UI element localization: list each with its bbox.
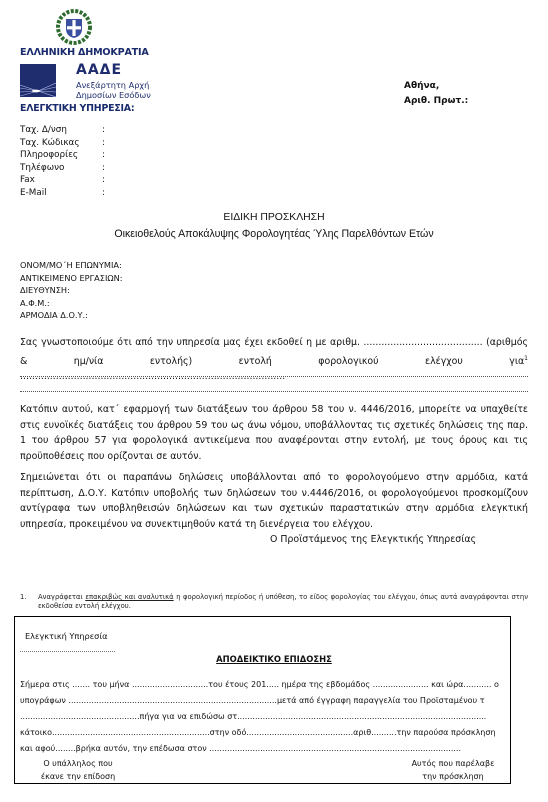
footnote-before: Αναγράφεται — [38, 593, 85, 601]
audit-service-label: ΕΛΕΓΚΤΙΚΗ ΥΠΗΡΕΣΙΑ: — [20, 103, 134, 114]
receipt-service-dotted-line — [20, 651, 115, 652]
notice-text: Σας γνωστοποιούμε ότι από την υπηρεσία μ… — [20, 337, 528, 367]
taxpayer-field-label: ΑΝΤΙΚΕΙΜΕΝΟ ΕΡΓΑΣΙΩΝ: — [20, 272, 123, 285]
contact-separator: : — [102, 187, 105, 200]
taxpayer-field-label: ΟΝΟΜ/ΜΟ΄Η ΕΠΩΝΥΜΙΑ: — [20, 259, 123, 272]
government-name: ΕΛΛΗΝΙΚΗ ΔΗΜΟΚΡΑΤΙΑ — [20, 47, 149, 58]
greek-emblem-icon — [56, 9, 92, 45]
contact-separator: : — [102, 174, 105, 187]
footnote-text: Αναγράφεται επακριβώς και αναλυτικά η φο… — [38, 593, 528, 611]
contact-label: Ταχ. Δ/νση — [20, 124, 102, 137]
provisions-paragraph: Κατόπιν αυτού, κατ΄ εφαρμογή των διατάξε… — [20, 402, 528, 464]
document-title: ΕΙΔΙΚΗ ΠΡΟΣΚΛΗΣΗ — [0, 212, 548, 223]
employee-signature-line2: έκανε την επίδοση — [28, 770, 128, 783]
contact-label: Πληροφορίες — [20, 149, 102, 162]
receipt-line: και αφού........βρήκα αυτόν, την επέδωσα… — [20, 741, 506, 757]
protocol-number-label: Αριθ. Πρωτ.: — [404, 94, 468, 109]
employee-signature-line1: Ο υπάλληλος που — [28, 757, 128, 770]
place-label: Αθήνα, — [404, 79, 468, 94]
contact-separator: : — [102, 124, 105, 137]
receipt-line: υπογράφων ..............................… — [20, 693, 506, 709]
agency-full-line2: Δημοσίων Εσόδων — [76, 90, 151, 100]
notice-paragraph: Σας γνωστοποιούμε ότι από την υπηρεσία μ… — [20, 335, 528, 385]
contact-separator: : — [102, 162, 105, 175]
place-protocol-block: Αθήνα, Αριθ. Πρωτ.: — [404, 79, 468, 109]
contact-separator: : — [102, 137, 105, 150]
recipient-signature-line1: Αυτός που παρέλαβε — [398, 757, 508, 770]
contact-row: Τηλέφωνο: — [20, 162, 105, 175]
contact-row: E-Mail: — [20, 187, 105, 200]
submission-paragraph: Σημειώνεται ότι οι παραπάνω δηλώσεις υπο… — [20, 470, 528, 532]
contact-row: Ταχ. Κώδικας: — [20, 137, 105, 150]
contact-row: Ταχ. Δ/νση: — [20, 124, 105, 137]
contact-label: Τηλέφωνο — [20, 162, 102, 175]
contact-label: Ταχ. Κώδικας — [20, 137, 102, 150]
agency-short-name: ΑΑΔΕ — [76, 62, 122, 78]
agency-full-name: Ανεξάρτητη Αρχή Δημοσίων Εσόδων — [76, 80, 151, 100]
footnote: 1. Αναγράφεται επακριβώς και αναλυτικά η… — [20, 593, 528, 611]
receipt-line: κάτοικο.................................… — [20, 725, 506, 741]
footnote-emphasis: επακριβώς και αναλυτικά — [85, 593, 173, 601]
employee-signature: Ο υπάλληλος που έκανε την επίδοση — [28, 757, 128, 783]
taxpayer-field-label: Α.Φ.Μ.: — [20, 297, 123, 310]
taxpayer-field-label: ΔΙΕΥΘΥΝΣΗ: — [20, 284, 123, 297]
blank-dotted-line — [20, 391, 528, 392]
footnote-ref: 1 — [524, 355, 528, 362]
blank-dotted-line — [20, 376, 528, 377]
receipt-body: Σήμερα στις ....... του μήνα ...........… — [20, 677, 506, 757]
recipient-signature: Αυτός που παρέλαβε την πρόσκληση — [398, 757, 508, 783]
taxpayer-fields: ΟΝΟΜ/ΜΟ΄Η ΕΠΩΝΥΜΙΑ:ΑΝΤΙΚΕΙΜΕΝΟ ΕΡΓΑΣΙΩΝ:… — [20, 259, 123, 322]
contact-info: Ταχ. Δ/νση:Ταχ. Κώδικας:Πληροφορίες:Τηλέ… — [20, 124, 105, 200]
contact-row: Fax: — [20, 174, 105, 187]
recipient-signature-line2: την πρόσκληση — [398, 770, 508, 783]
receipt-title: ΑΠΟΔΕΙΚΤΙΚΟ ΕΠΙΔΟΣΗΣ — [0, 654, 548, 664]
contact-row: Πληροφορίες: — [20, 149, 105, 162]
taxpayer-field-label: ΑΡΜΟΔΙΑ Δ.Ο.Υ.: — [20, 309, 123, 322]
aade-logo-icon — [20, 64, 56, 97]
document-subtitle: Οικειοθελούς Αποκάλυψης Φορολογητέας Ύλη… — [0, 228, 548, 240]
contact-separator: : — [102, 149, 105, 162]
head-signature: Ο Προϊστάμενος της Ελεγκτικής Υπηρεσίας — [270, 534, 476, 545]
receipt-service-label: Ελεγκτική Υπηρεσία — [25, 631, 108, 641]
receipt-line: Σήμερα στις ....... του μήνα ...........… — [20, 677, 506, 693]
receipt-line: ........................................… — [20, 709, 506, 725]
contact-label: Fax — [20, 174, 102, 187]
agency-full-line1: Ανεξάρτητη Αρχή — [76, 80, 151, 90]
contact-label: E-Mail — [20, 187, 102, 200]
footnote-number: 1. — [20, 593, 38, 611]
